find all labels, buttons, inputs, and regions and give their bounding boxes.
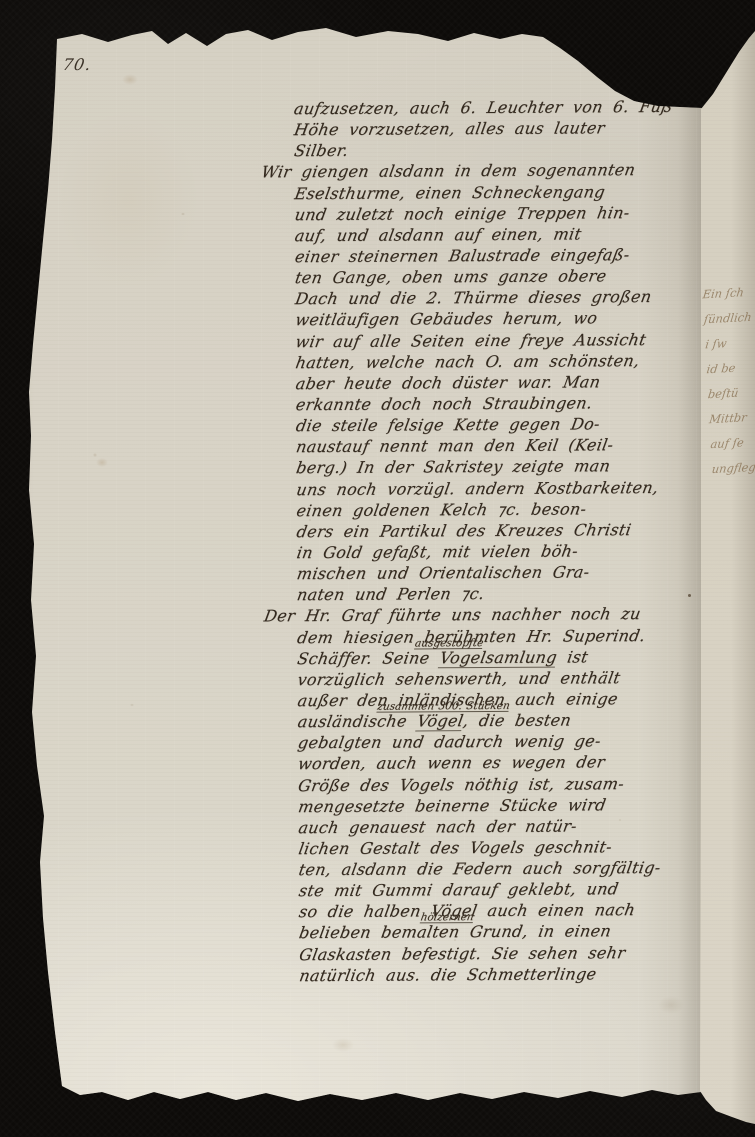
- margin-note-line: Ein ſch: [701, 280, 755, 308]
- manuscript-line: dem hiesigen berühmten Hr. Superind.: [263, 624, 717, 648]
- margin-note-line: ſündlich: [702, 305, 755, 333]
- interlinear-insertion: ausgestopfte: [414, 638, 484, 649]
- manuscript-line: ausländische Vögel, die bestenzusammen 3…: [263, 709, 717, 733]
- manuscript-line: Eselsthurme, einen Schneckengang: [260, 180, 714, 204]
- interlinear-insertion: hölzernen: [420, 913, 475, 924]
- margin-note-line: auf ſe: [709, 429, 755, 457]
- photo-background: 70. aufzusetzen, auch 6. Leuchter von 6.…: [0, 0, 755, 1137]
- manuscript-line: ders ein Partikul des Kreuzes Christi: [262, 518, 716, 542]
- manuscript-line: Schäffer. Seine Vogelsamlung istausgesto…: [263, 645, 717, 669]
- manuscript-line: lichen Gestalt des Vogels geschnit-: [264, 836, 718, 860]
- manuscript-line: ten, alsdann die Federn auch sorgfältig-: [264, 857, 718, 881]
- manuscript-line: Der Hr. Graf führte uns nachher noch zu: [263, 603, 717, 627]
- paper-stain: [58, 110, 198, 290]
- manuscript-line: und zuletzt noch einige Treppen hin-: [260, 201, 714, 225]
- manuscript-line: in Gold gefaßt, mit vielen böh-: [262, 540, 716, 564]
- manuscript-line: auf, und alsdann auf einen, mit: [260, 222, 714, 246]
- page-number: 70.: [61, 55, 92, 74]
- manuscript-line: vorzüglich sehenswerth, und enthält: [263, 666, 717, 690]
- manuscript-line: hatten, welche nach O. am schönsten,: [261, 349, 715, 373]
- manuscript-line: aber heute doch düster war. Man: [261, 370, 715, 394]
- manuscript-line: belieben bemalten Grund, in einenhölzern…: [264, 920, 718, 944]
- manuscript-line: einen goldenen Kelch ⁊c. beson-: [262, 497, 716, 521]
- margin-note-line: ungfleg: [710, 454, 755, 482]
- manuscript-line: mengesetzte beinerne Stücke wird: [264, 793, 718, 817]
- paper-stain: [658, 996, 684, 1014]
- underlined-word: Vogelsamlung: [438, 647, 558, 668]
- paper-stain: [122, 74, 138, 85]
- manuscript-page: 70. aufzusetzen, auch 6. Leuchter von 6.…: [0, 0, 755, 1137]
- interlinear-insertion: zusammen 300. Stücken: [376, 701, 510, 713]
- manuscript-line: Größe des Vogels nöthig ist, zusam-: [264, 772, 718, 796]
- underlined-word: Vögel: [416, 711, 465, 731]
- manuscript-line: berg.) In der Sakristey zeigte man: [262, 455, 716, 479]
- manuscript-line: einer steinernen Balustrade eingefaß-: [260, 244, 714, 268]
- manuscript-line: uns noch vorzügl. andern Kostbarkeiten,: [262, 476, 716, 500]
- margin-note-line: id be: [705, 354, 755, 382]
- manuscript-line: worden, auch wenn es wegen der: [263, 751, 717, 775]
- manuscript-line: aufzusetzen, auch 6. Leuchter von 6. Fuß: [259, 96, 713, 120]
- manuscript-line: Glaskasten befestigt. Sie sehen sehr: [265, 941, 719, 965]
- paper-stain: [332, 1038, 354, 1052]
- manuscript-line: erkannte doch noch Straubingen.: [261, 392, 715, 416]
- handwritten-text-block: aufzusetzen, auch 6. Leuchter von 6. Fuß…: [259, 96, 714, 987]
- margin-note-line: beſtü: [706, 379, 755, 407]
- manuscript-line: natürlich aus. die Schmetterlinge: [265, 962, 719, 986]
- manuscript-line: auch genauest nach der natür-: [264, 814, 718, 838]
- margin-note-line: i ſw: [704, 329, 755, 357]
- manuscript-line: weitläufigen Gebäudes herum, wo: [261, 307, 715, 331]
- manuscript-line: wir auf alle Seiten eine freye Aussicht: [261, 328, 715, 352]
- paper-stain: [96, 458, 108, 467]
- margin-note: Ein ſchſündlichi ſwid bebeſtüMittbrauf ſ…: [700, 280, 755, 482]
- manuscript-line: Wir giengen alsdann in dem sogenannten: [260, 159, 714, 183]
- margin-note-line: Mittbr: [708, 404, 755, 432]
